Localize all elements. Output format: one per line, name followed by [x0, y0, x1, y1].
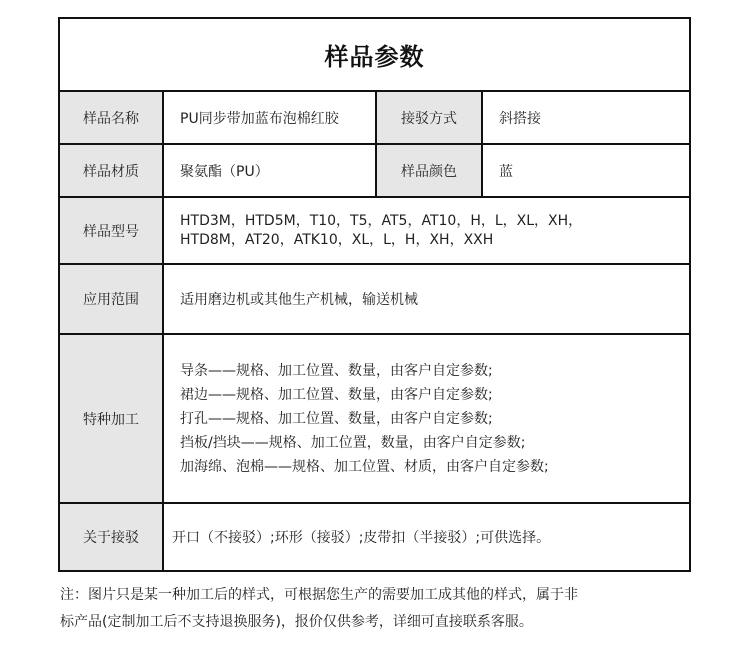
row-sample-model: 样品型号 HTD3M，HTD5M，T10，T5，AT5，AT10，H，L，XL，…: [60, 198, 689, 265]
value-application: 适用磨边机或其他生产机械，输送机械: [164, 265, 689, 333]
row-splicing: 关于接驳 开口（不接驳）;环形（接驳）;皮带扣（半接驳）;可供选择。: [60, 504, 689, 570]
label-splice-method: 接驳方式: [377, 92, 483, 143]
label-sample-material: 样品材质: [60, 145, 164, 196]
processing-line: 挡板/挡块——规格、加工位置，数量，由客户自定参数;: [180, 431, 525, 455]
value-splice-method: 斜搭接: [483, 92, 689, 143]
value-special-processing: 导条——规格、加工位置、数量，由客户自定参数; 裙边——规格、加工位置、数量，由…: [164, 335, 689, 502]
processing-line: 加海绵、泡棉——规格、加工位置、材质，由客户自定参数;: [180, 455, 549, 479]
label-splicing: 关于接驳: [60, 504, 164, 570]
processing-line: 导条——规格、加工位置、数量，由客户自定参数;: [180, 359, 493, 383]
label-special-processing: 特种加工: [60, 335, 164, 502]
label-sample-name: 样品名称: [60, 92, 164, 143]
value-sample-name: PU同步带加蓝布泡棉红胶: [164, 92, 377, 143]
row-sample-material: 样品材质 聚氨酯（PU） 样品颜色 蓝: [60, 145, 689, 198]
model-line: HTD3M，HTD5M，T10，T5，AT5，AT10，H，L，XL，XH，: [180, 212, 582, 231]
row-application: 应用范围 适用磨边机或其他生产机械，输送机械: [60, 265, 689, 335]
value-sample-material: 聚氨酯（PU）: [164, 145, 377, 196]
label-sample-model: 样品型号: [60, 198, 164, 263]
value-splicing: 开口（不接驳）;环形（接驳）;皮带扣（半接驳）;可供选择。: [164, 504, 689, 570]
row-sample-name: 样品名称 PU同步带加蓝布泡棉红胶 接驳方式 斜搭接: [60, 92, 689, 145]
value-sample-color: 蓝: [483, 145, 689, 196]
label-application: 应用范围: [60, 265, 164, 333]
table-title: 样品参数: [60, 19, 689, 92]
footnote-line: 标产品(定制加工后不支持退换服务)，报价仅供参考，详细可直接联系客服。: [60, 609, 700, 636]
model-line: HTD8M，AT20，ATK10，XL，L，H，XH，XXH: [180, 231, 493, 250]
processing-line: 打孔——规格、加工位置、数量，由客户自定参数;: [180, 407, 493, 431]
sample-parameters-table: 样品参数 样品名称 PU同步带加蓝布泡棉红胶 接驳方式 斜搭接 样品材质 聚氨酯…: [58, 17, 691, 572]
footnote-line: 注：图片只是某一种加工后的样式，可根据您生产的需要加工成其他的样式，属于非: [60, 582, 700, 609]
label-sample-color: 样品颜色: [377, 145, 483, 196]
value-sample-model: HTD3M，HTD5M，T10，T5，AT5，AT10，H，L，XL，XH， H…: [164, 198, 689, 263]
row-special-processing: 特种加工 导条——规格、加工位置、数量，由客户自定参数; 裙边——规格、加工位置…: [60, 335, 689, 504]
processing-line: 裙边——规格、加工位置、数量，由客户自定参数;: [180, 383, 493, 407]
footnote: 注：图片只是某一种加工后的样式，可根据您生产的需要加工成其他的样式，属于非 标产…: [60, 582, 700, 636]
